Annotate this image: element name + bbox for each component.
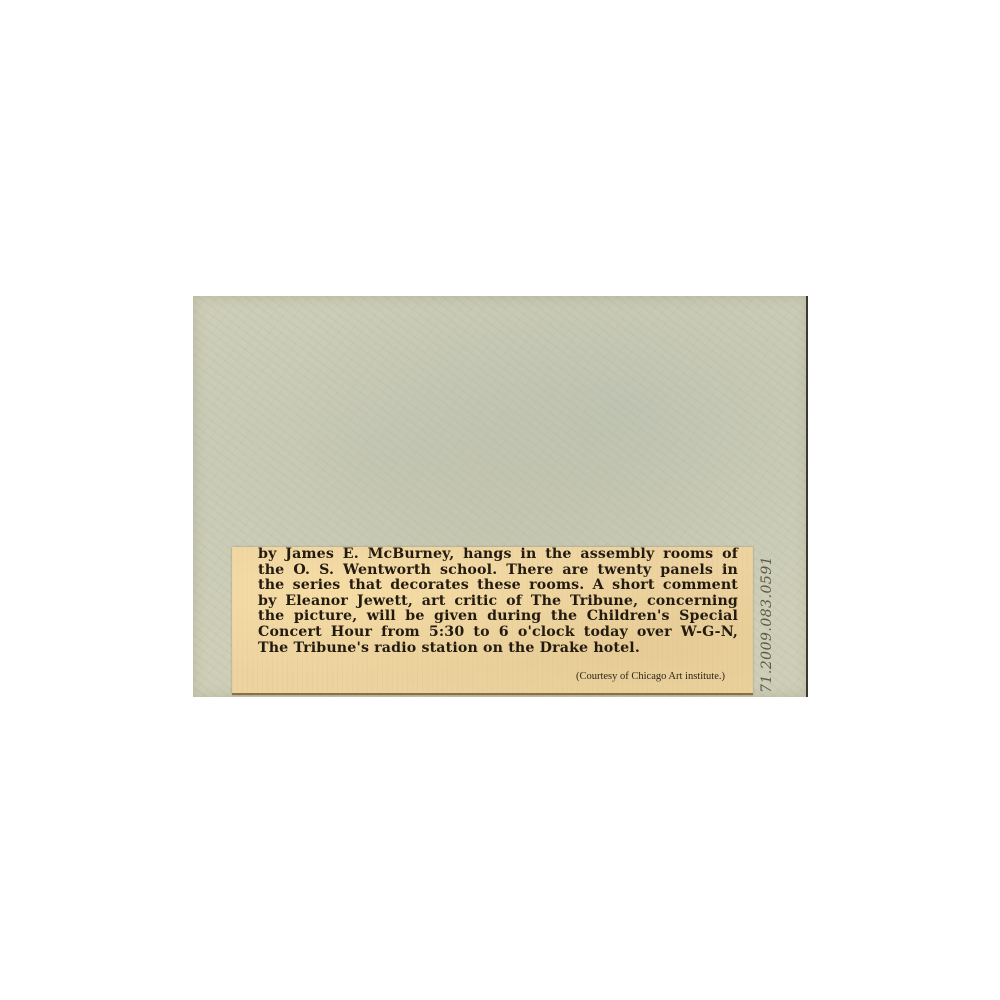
- article-line: by James E. McBurney, hangs in the assem…: [258, 547, 738, 563]
- article-line: the O. S. Wentworth school. There are tw…: [258, 563, 738, 579]
- article-line: by Eleanor Jewett, art critic of The Tri…: [258, 594, 738, 610]
- article-line: Concert Hour from 5:30 to 6 o'clock toda…: [258, 625, 738, 641]
- article-line: the series that decorates these rooms. A…: [258, 578, 738, 594]
- article-line: the picture, will be given during the Ch…: [258, 609, 738, 625]
- photo-credit: (Courtesy of Chicago Art institute.): [576, 671, 725, 682]
- newspaper-clipping: by James E. McBurney, hangs in the assem…: [232, 547, 753, 695]
- archival-card: by James E. McBurney, hangs in the assem…: [193, 296, 808, 697]
- handwritten-accession-number: 71.2009.083.0591: [759, 573, 775, 693]
- clipping-article-text: by James E. McBurney, hangs in the assem…: [258, 547, 738, 656]
- article-line: The Tribune's radio station on the Drake…: [258, 641, 738, 657]
